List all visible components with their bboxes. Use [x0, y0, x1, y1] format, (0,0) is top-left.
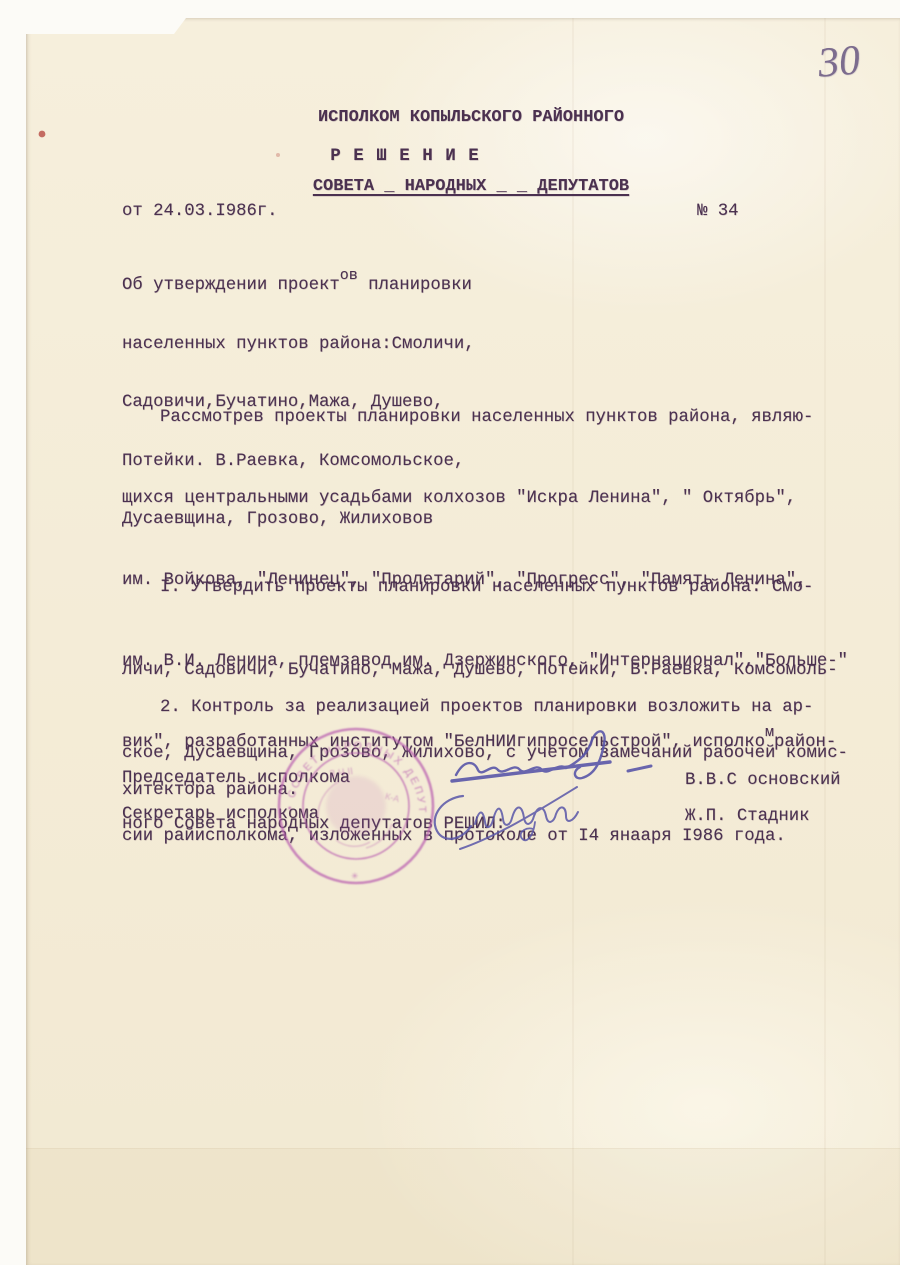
subject-line-1: Об утверждении проектов планировки	[122, 276, 475, 296]
item-line: I. Утвердить проекты планировки населенн…	[122, 574, 848, 602]
paper-fold-bottom	[26, 1148, 900, 1265]
document-page: ИСПОЛКОМ КОПЫЛЬСКОГО РАЙОННОГО СОВЕТА _ …	[26, 18, 900, 1265]
para-line: Рассмотрев проекты планировки населенных…	[122, 404, 848, 431]
secretary-title: Секретарь исполкома	[122, 805, 319, 824]
para-line: щихся центральными усадьбами колхозов "И…	[122, 485, 848, 512]
document-number: № 34	[697, 202, 738, 221]
document-title: Р Е Ш Е Н И Е	[26, 146, 784, 166]
letterhead-line-2: СОВЕТА _ НАРОДНЫХ _ _ ДЕПУТАТОВ	[34, 175, 900, 198]
letterhead-line-1: ИСПОЛКОМ КОПЫЛЬСКОГО РАЙОННОГО	[34, 106, 900, 129]
subject-superscript: ов	[340, 266, 358, 286]
item-line: 2. Контроль за реализацией проектов план…	[122, 694, 813, 722]
date-line: от 24.03.I986г.	[122, 202, 278, 221]
subject-line-1-text: Об утверждении проект	[122, 276, 340, 295]
chairman-title: Председатель исполкома	[122, 769, 350, 788]
chairman-name: В.В.С основский	[685, 771, 841, 790]
resolution-item-2: 2. Контроль за реализацией проектов план…	[122, 639, 813, 859]
sheet-number-handwritten: 30	[816, 36, 862, 87]
secretary-name: Ж.П. Стадник	[685, 807, 809, 826]
subject-line-1-cont: планировки	[358, 276, 472, 295]
